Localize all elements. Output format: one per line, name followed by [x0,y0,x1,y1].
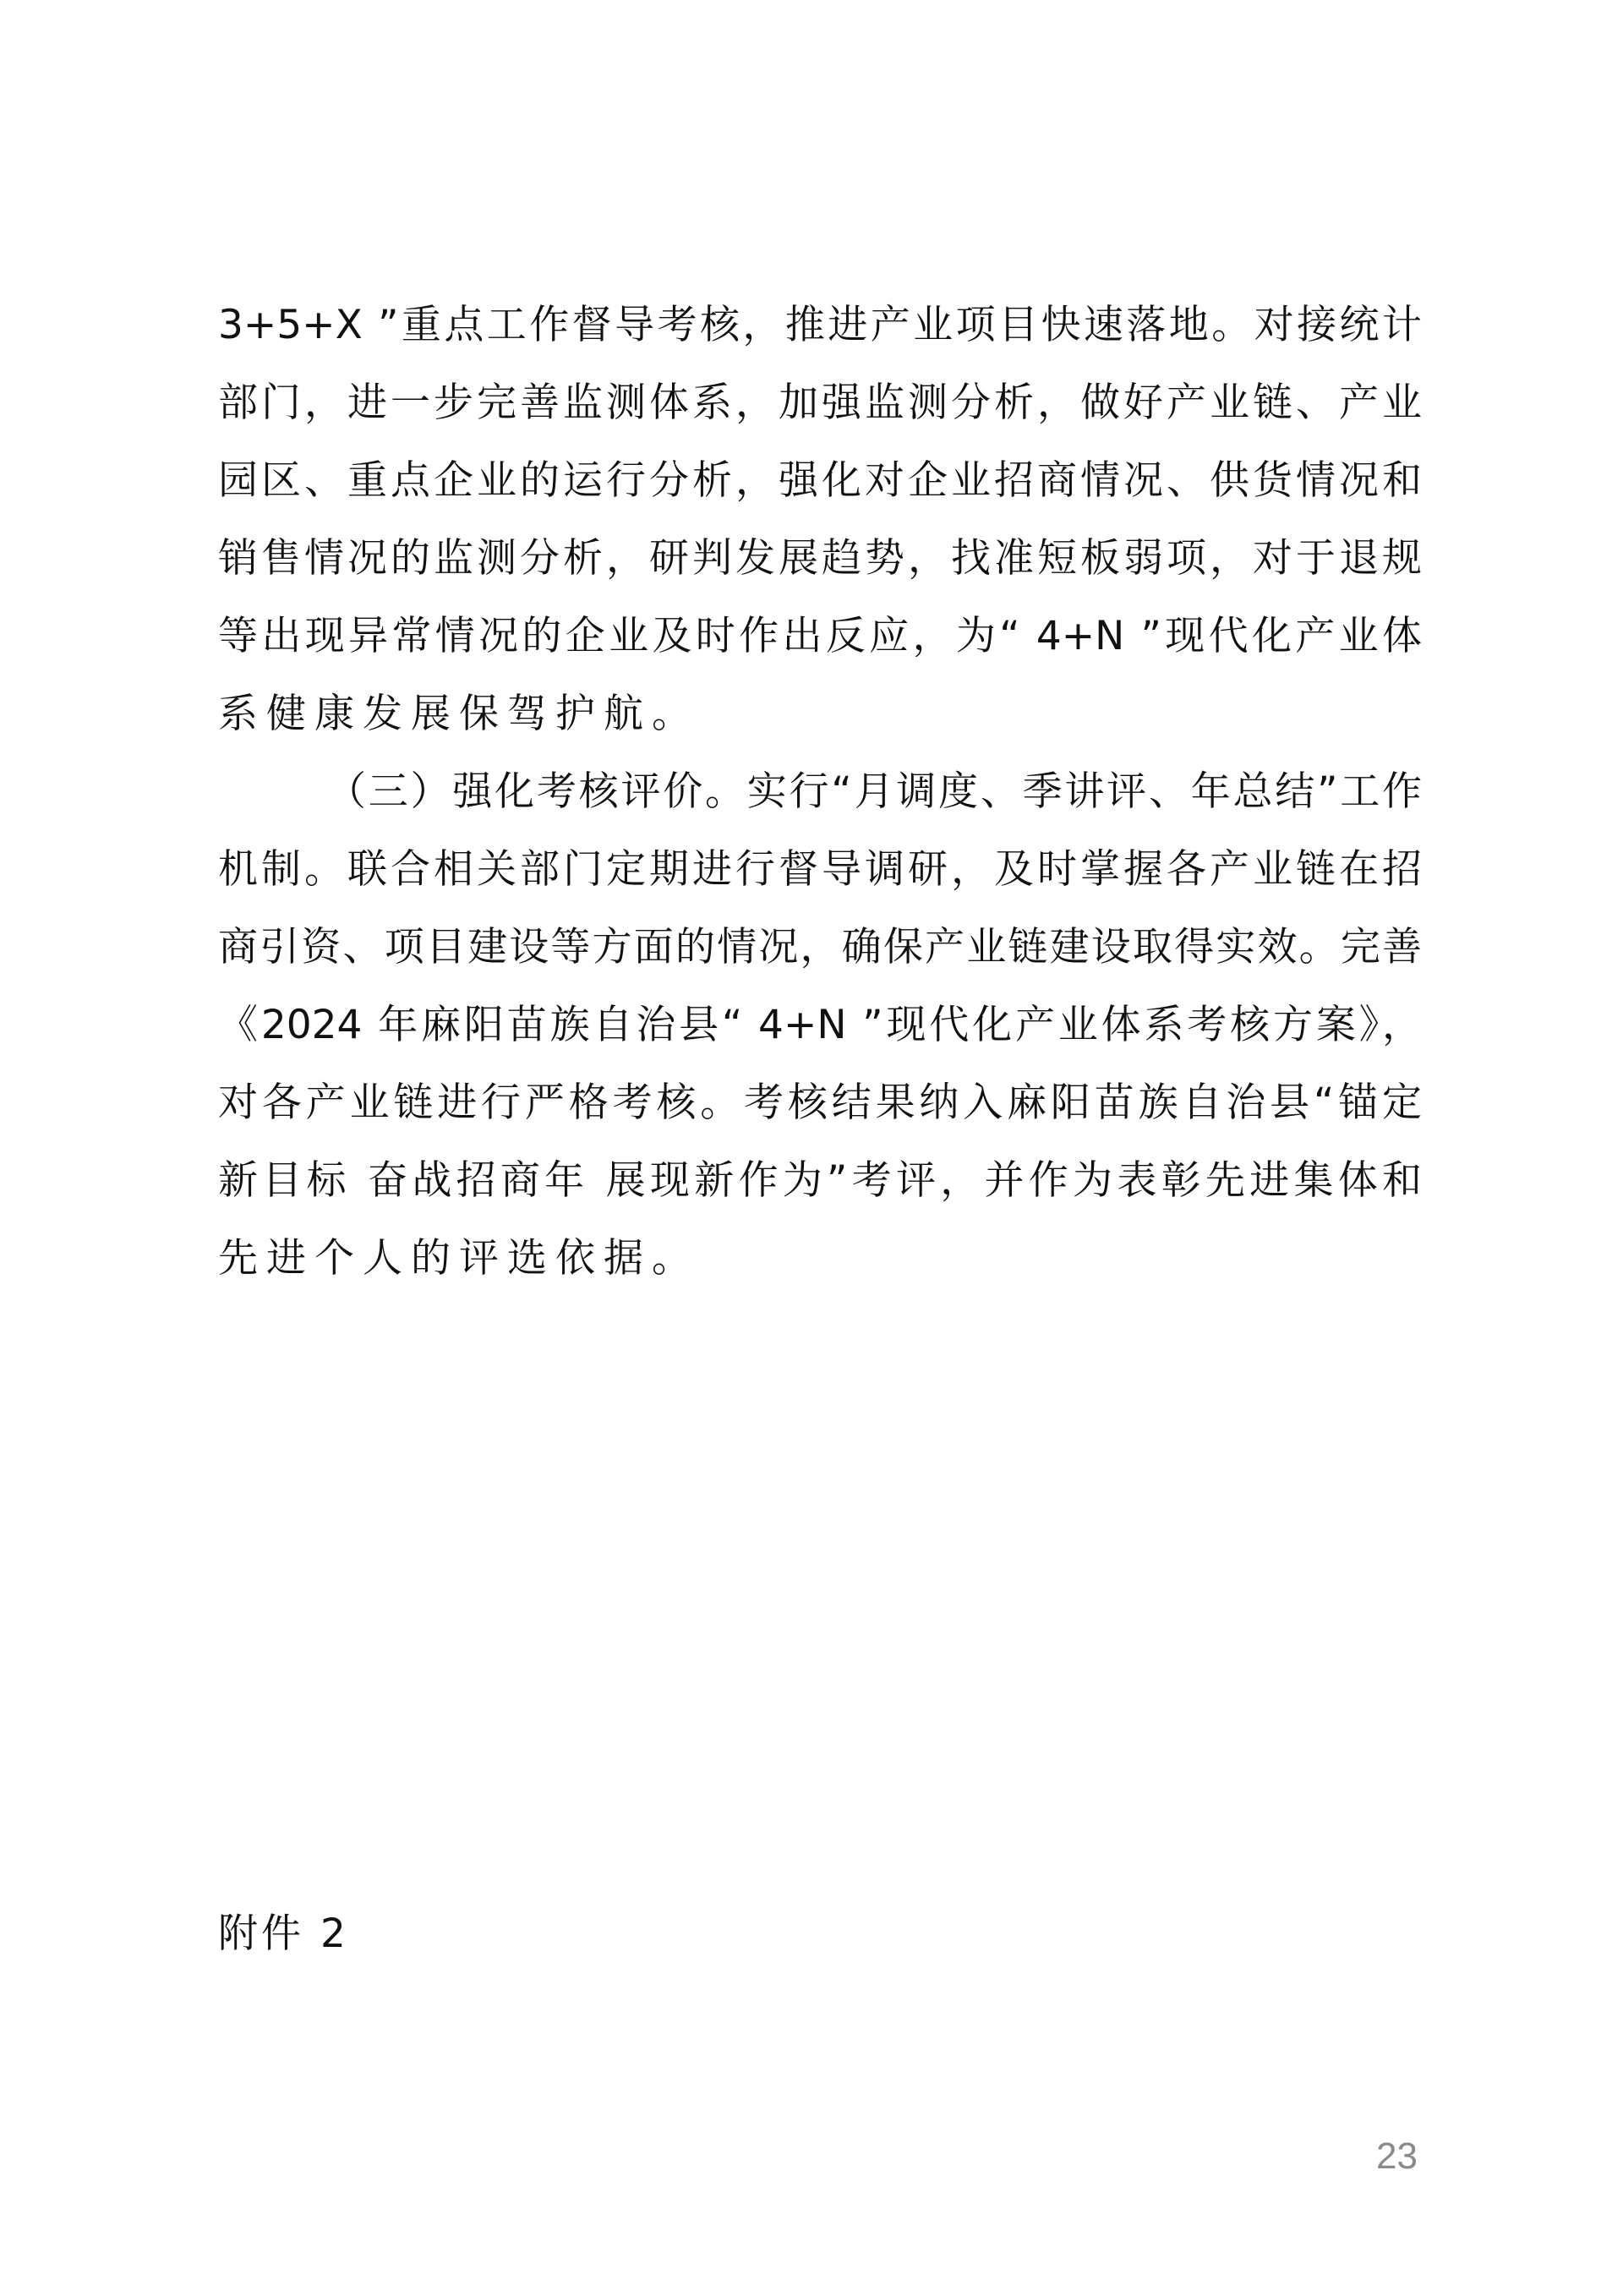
text-line: 部门，进一步完善监测体系，加强监测分析，做好产业链、产业 [218,375,1422,453]
text-line: 《2024 年麻阳苗族自治县“ 4+N ”现代化产业体系考核方案》， [218,998,1422,1075]
text-line: 3+5+X ”重点工作督导考核，推进产业项目快速落地。对接统计 [218,298,1422,375]
text-line: 对各产业链进行严格考核。考核结果纳入麻阳苗族自治县“锚定 [218,1075,1422,1153]
text-line: 系健康发展保驾护航。 [218,686,1422,764]
text-line: 商引资、项目建设等方面的情况，确保产业链建设取得实效。完善 [218,920,1422,998]
document-page: 3+5+X ”重点工作督导考核，推进产业项目快速落地。对接统计 部门，进一步完善… [0,0,1623,2296]
paragraph-section-3-assessment: （三）强化考核评价。实行“月调度、季讲评、年总结”工作 机制。联合相关部门定期进… [218,764,1422,1309]
text-line: 销售情况的监测分析，研判发展趋势，找准短板弱项，对于退规 [218,531,1422,609]
attachment-label: 附件 2 [218,1906,349,1962]
text-line: 先进个人的评选依据。 [218,1231,1422,1309]
text-line: 机制。联合相关部门定期进行督导调研，及时掌握各产业链在招 [218,842,1422,920]
page-number: 23 [1376,2131,1418,2182]
text-line: 新目标 奋战招商年 展现新作为”考评，并作为表彰先进集体和 [218,1153,1422,1231]
body-text: 3+5+X ”重点工作督导考核，推进产业项目快速落地。对接统计 部门，进一步完善… [218,298,1422,1309]
text-line: 园区、重点企业的运行分析，强化对企业招商情况、供货情况和 [218,453,1422,531]
text-line: 等出现异常情况的企业及时作出反应，为“ 4+N ”现代化产业体 [218,609,1422,686]
section-heading-line: （三）强化考核评价。实行“月调度、季讲评、年总结”工作 [218,764,1422,842]
paragraph-continued: 3+5+X ”重点工作督导考核，推进产业项目快速落地。对接统计 部门，进一步完善… [218,298,1422,764]
